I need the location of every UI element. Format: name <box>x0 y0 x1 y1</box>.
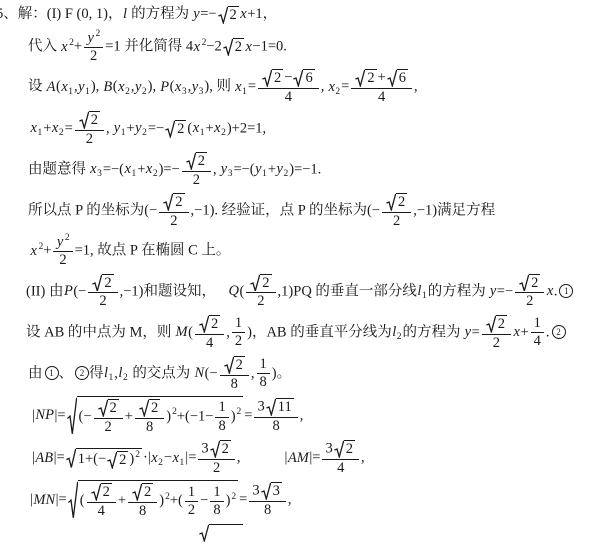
text-run: 2 <box>235 333 242 349</box>
text-run: + <box>125 408 133 424</box>
text-run: = <box>65 120 73 136</box>
fraction-denominator: 2 <box>246 293 275 309</box>
math-variable: AB <box>35 450 54 466</box>
math-variable: Q <box>228 283 239 299</box>
text-run: − <box>284 70 292 86</box>
fraction-numerator: 32 <box>322 440 359 460</box>
radicand <box>209 524 243 542</box>
text-run: 8 <box>139 503 146 519</box>
text-run: , <box>414 79 418 95</box>
math-variable: x <box>172 450 179 466</box>
text-run: − <box>200 493 208 509</box>
fraction-numerator: 2 <box>246 274 275 294</box>
solution-line-14-clipped <box>170 523 601 544</box>
radicand: 6 <box>397 69 408 87</box>
radical-sign-icon <box>486 315 496 333</box>
text-run: 的方程为 <box>128 6 193 22</box>
fraction-numerator: 2 <box>135 399 164 419</box>
text-run: 2 <box>222 441 229 457</box>
radicand: 2 <box>101 483 112 501</box>
fraction-numerator: y2 <box>84 30 103 48</box>
text-run: 2 <box>90 48 97 64</box>
fraction-denominator: 2 <box>75 131 104 147</box>
fraction: 28 <box>220 356 249 392</box>
text-run: ( <box>188 324 193 340</box>
text-run: (II) 由 <box>26 283 63 299</box>
fraction: 22 <box>482 315 511 351</box>
text-run: ,1)PQ 的垂直一部分线 <box>278 283 417 299</box>
math-variable: x <box>235 79 242 95</box>
solution-line-9: 设 AB 的中点为 M，则 M(24,12)，AB 的垂直平分线为l2的方程为 … <box>26 314 601 352</box>
radicand: 2 <box>149 399 160 417</box>
math-variable: x <box>214 120 221 136</box>
text-run: 由 <box>28 365 43 381</box>
fraction-numerator: 1 <box>232 316 245 333</box>
solution-line-5: 由题意得 x3=−(x1+x2)=−22, y3=−(y1+y2)=−1. <box>28 151 601 189</box>
text-run: , <box>251 365 255 381</box>
math-variable: y <box>489 283 496 299</box>
text-run: 2 <box>213 460 220 476</box>
radical-sign-icon <box>107 451 117 469</box>
square-root: 2 <box>223 38 244 56</box>
fraction: 14 <box>531 316 544 349</box>
text-run: )+2=1, <box>227 120 266 136</box>
text-run: 2 <box>103 484 110 500</box>
text-run: ), 则 <box>204 79 234 95</box>
radical-sign-icon <box>132 483 142 501</box>
fraction-denominator: 8 <box>210 502 223 518</box>
solution-line-12: |AB|=1+(−2)2·|x2−x1|=322,|AM|=324, <box>32 439 601 477</box>
fraction-denominator: 2 <box>482 335 511 351</box>
text-run: 2 <box>526 293 533 309</box>
text-run: =− <box>497 283 513 299</box>
math-solution-page: 5、解：(I) F (0, 1)，l 的方程为 y=−2x+1，代入 x2+y2… <box>0 0 601 554</box>
text-run: |= <box>54 407 65 423</box>
square-root: 2 <box>91 483 112 501</box>
fraction: 22 <box>159 193 188 229</box>
text-run: +(−1− <box>177 408 214 424</box>
radical-sign-icon <box>386 193 396 211</box>
math-variable: y <box>78 79 85 95</box>
radical-sign-icon <box>262 69 272 87</box>
text-run: 3 <box>273 483 280 499</box>
square-root: 2 <box>262 69 283 87</box>
radicand: 2 <box>173 193 184 211</box>
math-variable: y <box>220 161 227 177</box>
text-run: ·| <box>143 450 151 466</box>
math-variable: y <box>191 79 198 95</box>
fraction-numerator: 2 <box>182 152 211 172</box>
text-run: 2 <box>211 316 218 332</box>
text-run: 2 <box>235 39 242 55</box>
spacer <box>211 536 241 537</box>
math-variable: AM <box>287 450 309 466</box>
radicand: 2 <box>209 315 220 333</box>
text-run: 1 <box>218 399 225 415</box>
fraction-numerator: 2 <box>159 193 188 213</box>
text-run: 3 <box>201 440 208 456</box>
text-run: 2 <box>398 194 405 210</box>
fraction: 18 <box>210 485 223 518</box>
fraction-denominator: 2 <box>53 252 72 268</box>
solution-line-8: (II) 由P(−22,−1)和题设知，Q(22,1)PQ 的垂直一部分线l1的… <box>26 273 601 311</box>
text-run: 的交点为 <box>129 365 194 381</box>
math-variable: P <box>63 283 73 299</box>
math-variable: x <box>174 79 181 95</box>
fraction: 2+64 <box>351 69 412 105</box>
radical-sign-icon <box>91 483 101 501</box>
text-run: (− <box>205 365 218 381</box>
math-variable: l <box>392 324 397 340</box>
radicand: 2 <box>102 274 113 292</box>
text-run: + <box>268 161 276 177</box>
text-run: 3 <box>325 440 332 456</box>
radicand: 2 <box>272 69 283 87</box>
radicand: 2 <box>234 356 245 374</box>
radicand: 2 <box>89 111 100 129</box>
fraction-numerator: 2 <box>75 111 104 131</box>
math-variable: B <box>103 79 113 95</box>
circled-number: 1 <box>559 284 573 298</box>
text-run: 2 <box>177 121 184 137</box>
text-run: =− <box>200 6 216 22</box>
fraction-denominator: 2 <box>232 333 245 349</box>
fraction: y22 <box>53 234 72 268</box>
text-run: =−( <box>103 161 124 177</box>
fraction: 22 <box>75 111 104 147</box>
text-run: 11 <box>278 399 292 415</box>
text-run: 4 <box>285 89 292 105</box>
text-run: 2 <box>193 172 200 188</box>
radical-sign-icon <box>98 399 108 417</box>
text-run: + <box>205 120 213 136</box>
fraction-numerator: 2+6 <box>351 69 412 89</box>
fraction-denominator: 8 <box>215 418 228 434</box>
math-variable: y <box>56 234 63 250</box>
radicand: 2 <box>529 274 540 292</box>
text-run: 2 <box>367 70 374 86</box>
fraction: 28 <box>135 399 164 435</box>
text-run: 2 <box>119 452 126 468</box>
fraction-numerator: 1 <box>215 400 228 417</box>
radicand: 2 <box>365 69 376 87</box>
fraction: 22 <box>88 274 117 310</box>
text-run: )=−1. <box>289 161 321 177</box>
text-run: ( <box>239 283 244 299</box>
radicand: 2 <box>228 6 239 24</box>
text-run: 2 <box>91 112 98 128</box>
radical-sign-icon <box>223 38 233 56</box>
text-run: 2 <box>230 7 237 23</box>
text-run: 8 <box>146 419 153 435</box>
radical-sign-icon <box>519 274 529 292</box>
radicand: (24+28)2+(12−18)2 <box>78 480 238 520</box>
radicand: 11 <box>276 398 294 416</box>
text-run: |= <box>309 450 320 466</box>
text-run: 1+(− <box>78 451 106 467</box>
text-run: =1 并化简得 4 <box>105 39 193 55</box>
square-root: 3 <box>261 482 282 500</box>
solution-line-6: 所以点 P 的坐标为(−22,−1). 经验证，点 P 的坐标为(−22,−1)… <box>28 192 601 230</box>
math-variable: x <box>118 79 125 95</box>
text-run: , <box>300 407 304 423</box>
text-run: ,−1)和题设知， <box>120 283 216 299</box>
solution-line-11: |NP|=(−22+28)2+(−1−18)2=3118, <box>32 396 601 436</box>
text-run: = <box>239 492 247 508</box>
radical-sign-icon <box>66 448 76 469</box>
radical-sign-icon <box>266 398 276 416</box>
square-root: 2 <box>386 193 407 211</box>
radicand: 2 <box>396 193 407 211</box>
math-variable: A <box>46 79 56 95</box>
text-run: + <box>126 120 134 136</box>
square-root: 2 <box>107 451 128 469</box>
square-root: 2 <box>519 274 540 292</box>
text-run: = <box>341 79 349 95</box>
math-variable: x <box>61 39 68 55</box>
fraction-numerator: 2 <box>515 274 544 294</box>
text-run: 3 <box>257 398 264 414</box>
radicand: 2 <box>175 120 186 138</box>
text-run: (− <box>79 408 92 424</box>
text-run: ), <box>148 79 160 95</box>
text-run: 2 <box>170 213 177 229</box>
text-run: 3 <box>252 483 259 499</box>
radicand: 6 <box>303 69 314 87</box>
fraction: 18 <box>215 400 228 433</box>
radicand: 2 <box>196 152 207 170</box>
math-variable: MN <box>33 492 56 508</box>
radical-sign-icon <box>92 274 102 292</box>
square-root: 2 <box>132 483 153 501</box>
fraction-denominator: 4 <box>531 333 544 349</box>
circled-number: 2 <box>75 366 89 380</box>
fraction-numerator: 311 <box>254 398 297 418</box>
text-run: 4 <box>337 460 344 476</box>
text-run: 2 <box>236 357 243 373</box>
text-run: 4 <box>98 503 105 519</box>
fraction-numerator: 2 <box>382 193 411 213</box>
text-run: 2 <box>144 484 151 500</box>
square-root: (24+28)2+(12−18)2 <box>68 480 238 520</box>
text-run: 8 <box>272 418 279 434</box>
solution-line-10: 由1、2得l1,l2 的交点为 N(−28,18)。 <box>28 355 601 393</box>
text-run: = <box>244 407 252 423</box>
solution-line-4: x1+x2=22, y1+y2=−2(x1+x2)+2=1, <box>30 110 601 148</box>
math-variable: y <box>464 324 471 340</box>
math-variable: y <box>134 79 141 95</box>
fraction: 3118 <box>254 398 297 434</box>
superscript: 2 <box>230 492 236 502</box>
spacer <box>170 535 198 536</box>
text-run: 的方程为 <box>428 283 490 299</box>
solution-line-2: 代入 x2+y22=1 并化简得 4x2−22x−1=0. <box>28 29 601 65</box>
math-variable: y <box>113 120 120 136</box>
text-run: 2 <box>99 293 106 309</box>
text-run: 代入 <box>28 39 61 55</box>
radical-sign-icon <box>210 440 220 458</box>
math-variable: x <box>90 161 97 177</box>
square-root: 2 <box>218 6 239 24</box>
radical-sign-icon <box>199 524 209 542</box>
fraction: 324 <box>322 440 359 476</box>
radical-sign-icon <box>79 111 89 129</box>
fraction: 18 <box>257 357 270 390</box>
fraction-numerator: 1 <box>257 357 270 374</box>
fraction: 22 <box>94 399 123 435</box>
fraction-numerator: 2 <box>220 356 249 376</box>
fraction-numerator: 1 <box>531 316 544 333</box>
radical-sign-icon <box>387 69 397 87</box>
text-run: (− <box>73 283 86 299</box>
superscript: 2 <box>236 407 242 417</box>
text-run: 设 AB 的中点为 M，则 <box>26 324 175 340</box>
math-variable: M <box>175 324 188 340</box>
fraction-numerator: 32 <box>198 440 235 460</box>
radical-sign-icon <box>163 193 173 211</box>
text-run: 4 <box>206 335 213 351</box>
square-root: 2 <box>165 120 186 138</box>
radicand: (−22+28)2+(−1−18)2 <box>77 396 244 436</box>
spacer <box>241 461 285 462</box>
fraction-denominator: 2 <box>515 293 544 309</box>
text-run: 2 <box>198 153 205 169</box>
square-root: 2 <box>250 274 271 292</box>
text-run: ,−1)满足方程 <box>413 202 495 218</box>
text-run: , <box>321 79 328 95</box>
text-run: =1, 故点 P 在椭圆 C 上。 <box>75 243 231 259</box>
text-run: 6 <box>399 70 406 86</box>
fraction: 12 <box>232 316 245 349</box>
solution-line-3: 设 A(x1,y1), B(x2,y2), P(x3,y3), 则 x1=2−6… <box>28 68 601 106</box>
fraction: 24 <box>195 315 224 351</box>
circled-number: 1 <box>45 366 59 380</box>
radical-sign-icon <box>224 356 234 374</box>
text-run: 2 <box>262 275 269 291</box>
text-run: 4 <box>534 333 541 349</box>
text-run: 由题意得 <box>28 161 90 177</box>
text-run: 5、解：(I) F (0, 1)， <box>0 6 122 22</box>
math-variable: x <box>193 39 200 55</box>
fraction-denominator: 4 <box>322 460 359 476</box>
fraction-denominator: 4 <box>258 89 319 105</box>
fraction: 22 <box>246 274 275 310</box>
text-run: |= <box>185 450 196 466</box>
text-run: ( <box>113 79 118 95</box>
square-root: 2 <box>355 69 376 87</box>
fraction: 22 <box>515 274 544 310</box>
fraction-numerator: 2 <box>87 483 116 503</box>
text-run: + <box>118 493 126 509</box>
superscript: 2 <box>134 450 140 460</box>
fraction: 22 <box>382 193 411 229</box>
square-root: 2 <box>199 315 220 333</box>
text-run: 2 <box>105 419 112 435</box>
math-variable: P <box>160 79 170 95</box>
fraction-denominator: 4 <box>87 503 116 519</box>
square-root: 2 <box>210 440 231 458</box>
square-root: (−22+28)2+(−1−18)2 <box>67 396 244 436</box>
fraction: 2−64 <box>258 69 319 105</box>
fraction-denominator: 2 <box>159 213 188 229</box>
math-variable: x <box>51 120 58 136</box>
radicand: 2 <box>220 440 231 458</box>
square-root <box>199 524 243 542</box>
fraction-numerator: 1 <box>185 485 198 502</box>
text-run: ) <box>231 408 236 424</box>
square-root: 2 <box>186 152 207 170</box>
text-run: ,−1). 经验证，点 P 的坐标为(− <box>191 202 380 218</box>
fraction-denominator: 2 <box>84 48 103 64</box>
fraction-denominator: 8 <box>128 503 157 519</box>
text-run: . <box>546 324 550 340</box>
fraction: 322 <box>198 440 235 476</box>
text-run: 2 <box>104 275 111 291</box>
math-variable: x <box>546 283 553 299</box>
text-run: 8 <box>264 502 271 518</box>
text-run: 8 <box>231 376 238 392</box>
text-run: 1 <box>260 356 267 372</box>
text-run: 1 <box>235 315 242 331</box>
fraction: 28 <box>128 483 157 519</box>
fraction-numerator: 33 <box>249 482 286 502</box>
fraction-numerator: 2 <box>128 483 157 503</box>
text-run: = <box>248 79 256 95</box>
square-root: 2 <box>334 440 355 458</box>
fraction-denominator: 4 <box>195 335 224 351</box>
fraction-denominator: 4 <box>351 89 412 105</box>
text-run: , <box>226 324 230 340</box>
text-run: 2 <box>393 213 400 229</box>
text-run: , <box>288 492 292 508</box>
math-variable: N <box>194 365 205 381</box>
text-run: 2 <box>531 275 538 291</box>
fraction-denominator: 2 <box>382 213 411 229</box>
square-root: 2 <box>79 111 100 129</box>
fraction-numerator: 2 <box>88 274 117 294</box>
square-root: 11 <box>266 398 294 416</box>
text-run: +( <box>170 493 183 509</box>
text-run: ( <box>80 493 85 509</box>
fraction-numerator: 1 <box>210 485 223 502</box>
text-run: 所以点 P 的坐标为(− <box>28 202 157 218</box>
square-root: 2 <box>139 399 160 417</box>
radicand: 2 <box>260 274 271 292</box>
square-root: 2 <box>224 356 245 374</box>
text-run: 2 <box>175 194 182 210</box>
radicand: 2 <box>108 399 119 417</box>
fraction-denominator: 8 <box>135 419 164 435</box>
math-variable: x <box>192 120 199 136</box>
math-variable: l <box>104 365 109 381</box>
text-run: =−( <box>233 161 254 177</box>
radicand: 2 <box>344 440 355 458</box>
text-run: )，AB 的垂直平分线为 <box>247 324 392 340</box>
radical-sign-icon <box>165 120 175 138</box>
radicand: 1+(−2)2 <box>76 448 142 469</box>
radical-sign-icon <box>139 399 149 417</box>
radicand: 3 <box>271 482 282 500</box>
radical-sign-icon <box>355 69 365 87</box>
fraction-numerator: 2 <box>94 399 123 419</box>
radical-sign-icon <box>293 69 303 87</box>
fraction-numerator: 2 <box>195 315 224 335</box>
fraction-denominator: 2 <box>94 419 123 435</box>
square-root: 6 <box>293 69 314 87</box>
radical-sign-icon <box>186 152 196 170</box>
superscript: 2 <box>64 233 70 243</box>
text-run: 1 <box>188 484 195 500</box>
